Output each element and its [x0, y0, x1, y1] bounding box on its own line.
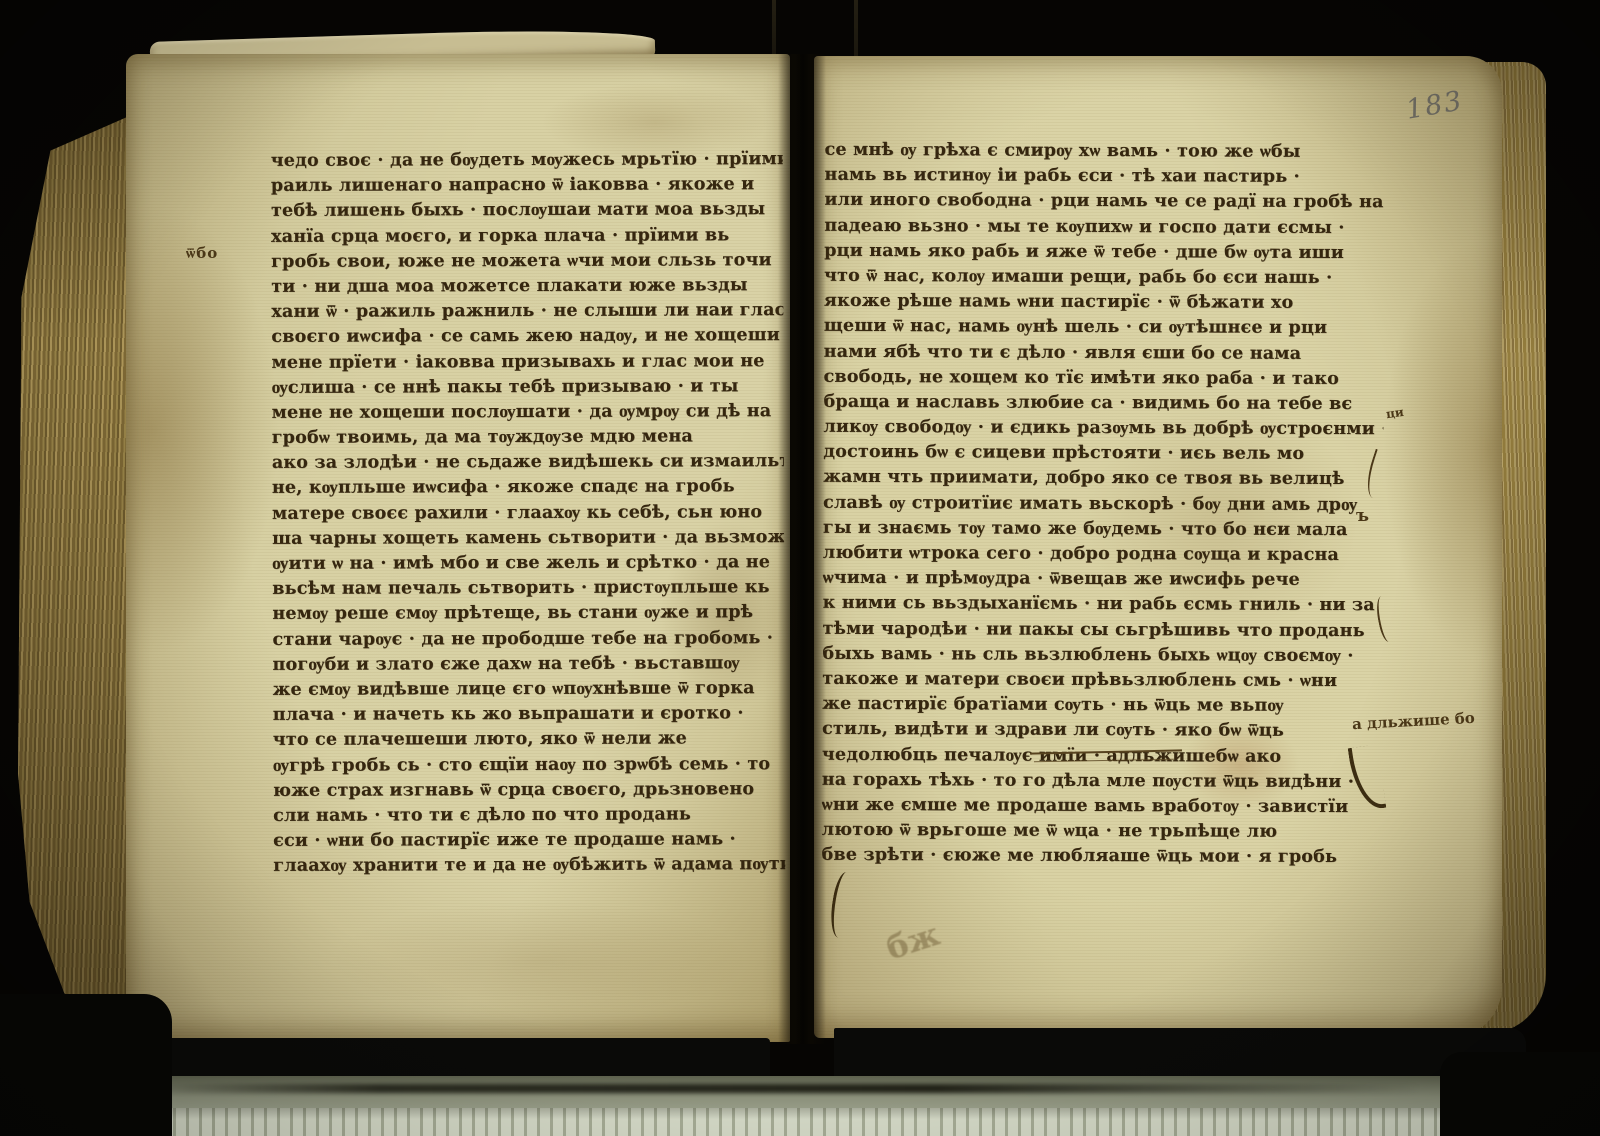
manuscript-line: гробѡ твоимь, да ма тѹждѹзе мдю мена [272, 424, 784, 451]
manuscript-line: ша чарны хощеть камень сьтворити · да вь… [272, 525, 784, 552]
manuscript-line: чедо своє · да не бѹдеть мѹжесь мрьтїю ·… [271, 147, 783, 174]
manuscript-line: намь вь истинѹ іи рабь єси · тѣ хаи паст… [824, 163, 1384, 191]
manuscript-line: бве зрѣти · єюже ме любляаше ѿць мои · я… [821, 843, 1381, 871]
manuscript-line: лютою ѿ врьгоше ме ѿ ѡца · не трьпѣще лю [822, 818, 1382, 846]
manuscript-line: достоинь бѡ є сицеви прѣстояти · иєь вел… [823, 440, 1383, 468]
manuscript-line: сли намь · что ти є дѣло по что продань [273, 802, 785, 829]
cradle-support-right [1440, 1052, 1600, 1136]
manuscript-line: что се плачешеши люто, яко ѿ нели же [273, 726, 785, 753]
scale-ruler [150, 1108, 1450, 1136]
manuscript-line: любити ѡтрока сего · добро родна сѹща и … [823, 541, 1383, 569]
manuscript-line: плача · и начеть кь жо вьпрашати и єротк… [273, 701, 785, 728]
fore-edge-left [18, 114, 134, 1030]
manuscript-line: глаахѹ хранити те и да не ѹбѣжить ѿ адам… [273, 852, 785, 879]
manuscript-line: своєго иѡсифа · се самь жею надѹ, и не х… [271, 323, 783, 350]
manuscript-line: юже страх изгнавь ѿ срца своєго, дрьзнов… [273, 777, 785, 804]
left-margin-gloss: ѿбо [186, 244, 218, 263]
manuscript-line: вьсѣм нам печаль сьтворить · пристѹпльше… [272, 575, 784, 602]
manuscript-line: єси · ѡни бо пастирїє иже те продаше нам… [273, 827, 785, 854]
manuscript-line: свободь, не хощем ко тїє имѣти яко раба … [824, 364, 1384, 392]
manuscript-line: стани чарѹє · да не прободше тебе на гро… [272, 626, 784, 653]
manuscript-line: на горахь тѣхь · то го дѣла мле пѹсти ѿц… [822, 767, 1382, 795]
manuscript-line: ѹслиша · се ннѣ пакы тебѣ призываю · и т… [272, 374, 784, 401]
manuscript-line: или иного свободна · рци намь че се радї… [824, 188, 1384, 216]
manuscript-line: ти · ни дша моа можетсе плакати юже вьзд… [271, 273, 783, 300]
manuscript-photo: чедо своє · да не бѹдеть мѹжесь мрьтїю ·… [0, 0, 1600, 1136]
manuscript-line: ако за злодѣи · не сьдаже видѣшекь си из… [272, 449, 784, 476]
manuscript-line: браща и наславь злюбие са · видимь бо на… [823, 390, 1383, 418]
manuscript-line: ханїа срца моєго, и горка плача · прїими… [271, 223, 783, 250]
right-margin-mark: ъ [1356, 506, 1369, 526]
manuscript-line: ѡни же ємше ме продаше вамь вработѹ · за… [822, 793, 1382, 821]
right-margin-mark: ци [1385, 405, 1405, 421]
manuscript-line: матере своєє рахили · глаахѹ кь себѣ, сь… [272, 500, 784, 527]
manuscript-line: мене не хощеши послѹшати · да ѹмрѹ си дѣ… [272, 399, 784, 426]
manuscript-line: ѡчима · и прѣмѹдра · ѿвещав же иѡсифь ре… [823, 566, 1383, 594]
shadow-smudge [150, 1084, 1420, 1093]
manuscript-line: ѹгрѣ гробь сь · сто єщїи наѹ по зрѡбѣ се… [273, 752, 785, 779]
parchment-stain [330, 900, 750, 1020]
manuscript-line: щеши ѿ нас, намь ѹнѣ шель · си ѹтѣшнєе и… [824, 314, 1384, 342]
manuscript-line: к ними сь вьздыханїємь · ни рабь єсмь гн… [823, 591, 1383, 619]
manuscript-line: ликѹ свободѹ · и єдикь разѹмь вь добрѣ ѹ… [823, 415, 1383, 443]
manuscript-line: жамн чть приимати, добро яко се твоя вь … [823, 465, 1383, 493]
manuscript-line: чедолюбць печалѹє имїи · адльжишебѡ ако [822, 742, 1382, 770]
manuscript-line: погѹби и злато єже дахѡ на тебѣ · вьстав… [272, 651, 784, 678]
manuscript-line: хани ѿ · ражиль ражниль · не слыши ли на… [271, 298, 783, 325]
manuscript-line: мене прїети · іаковва призывахь и глас м… [271, 349, 783, 376]
manuscript-line: якоже рѣше намь ѡни пастирїє · ѿ бѣжати … [824, 289, 1384, 317]
book-gutter-shadow [778, 54, 826, 1044]
manuscript-line: падеаю вьзно · мы те кѹпихѡ и госпо дати… [824, 213, 1384, 241]
manuscript-line: тебѣ лишень быхь · послѹшаи мати моа вьз… [271, 197, 783, 224]
manuscript-line: славѣ ѹ строитїиє имать вьскорѣ · бѹ дни… [823, 490, 1383, 518]
manuscript-line: тѣми чародѣи · ни пакы сы сьгрѣшивь что … [822, 616, 1382, 644]
manuscript-line: ѹити ѡ на · имѣ мбо и све жель и срѣтко … [272, 550, 784, 577]
manuscript-line: же пастирїє братїами сѹть · нь ѿць ме вь… [822, 692, 1382, 720]
manuscript-line: немѹ реше ємѹ прѣтеще, вь стани ѹже и пр… [272, 600, 784, 627]
left-page-text-column: чедо своє · да не бѹдеть мѹжесь мрьтїю ·… [271, 147, 786, 885]
manuscript-line: рци намь яко рабь и яже ѿ тебе · дше бѡ … [824, 239, 1384, 267]
manuscript-line: такоже и матери своєи прѣвьзлюблень смь … [822, 667, 1382, 695]
manuscript-line: не, кѹпльше иѡсифа · якоже спадє на гроб… [272, 475, 784, 502]
manuscript-line: же ємѹ видѣвше лице єго ѡпѹхнѣвше ѿ горк… [273, 676, 785, 703]
manuscript-line: раиль лишенаго напрасно ѿ іаковва · якож… [271, 172, 783, 199]
right-page-text-column: се мнѣ ѹ грѣха є смирѹ хѡ вамь · тою же … [821, 138, 1384, 880]
cradle-support-left [0, 994, 172, 1136]
manuscript-line: что ѿ нас, колѹ имаши рещи, рабь бо єси … [824, 264, 1384, 292]
manuscript-line: стиль, видѣти и здрави ли сѹть · яко бѡ … [822, 717, 1382, 745]
manuscript-line: се мнѣ ѹ грѣха є смирѹ хѡ вамь · тою же … [825, 138, 1385, 166]
manuscript-line: гробь свои, юже не можета ѡчи мои сльзь … [271, 248, 783, 275]
manuscript-line: нами ябѣ что ти є дѣло · явля єши бо се … [824, 339, 1384, 367]
manuscript-line: гы и знаємь тѹ тамо же бѹдемь · что бо н… [823, 516, 1383, 544]
manuscript-line: быхь вамь · нь сль вьзлюблень быхь ѡцѹ с… [822, 642, 1382, 670]
